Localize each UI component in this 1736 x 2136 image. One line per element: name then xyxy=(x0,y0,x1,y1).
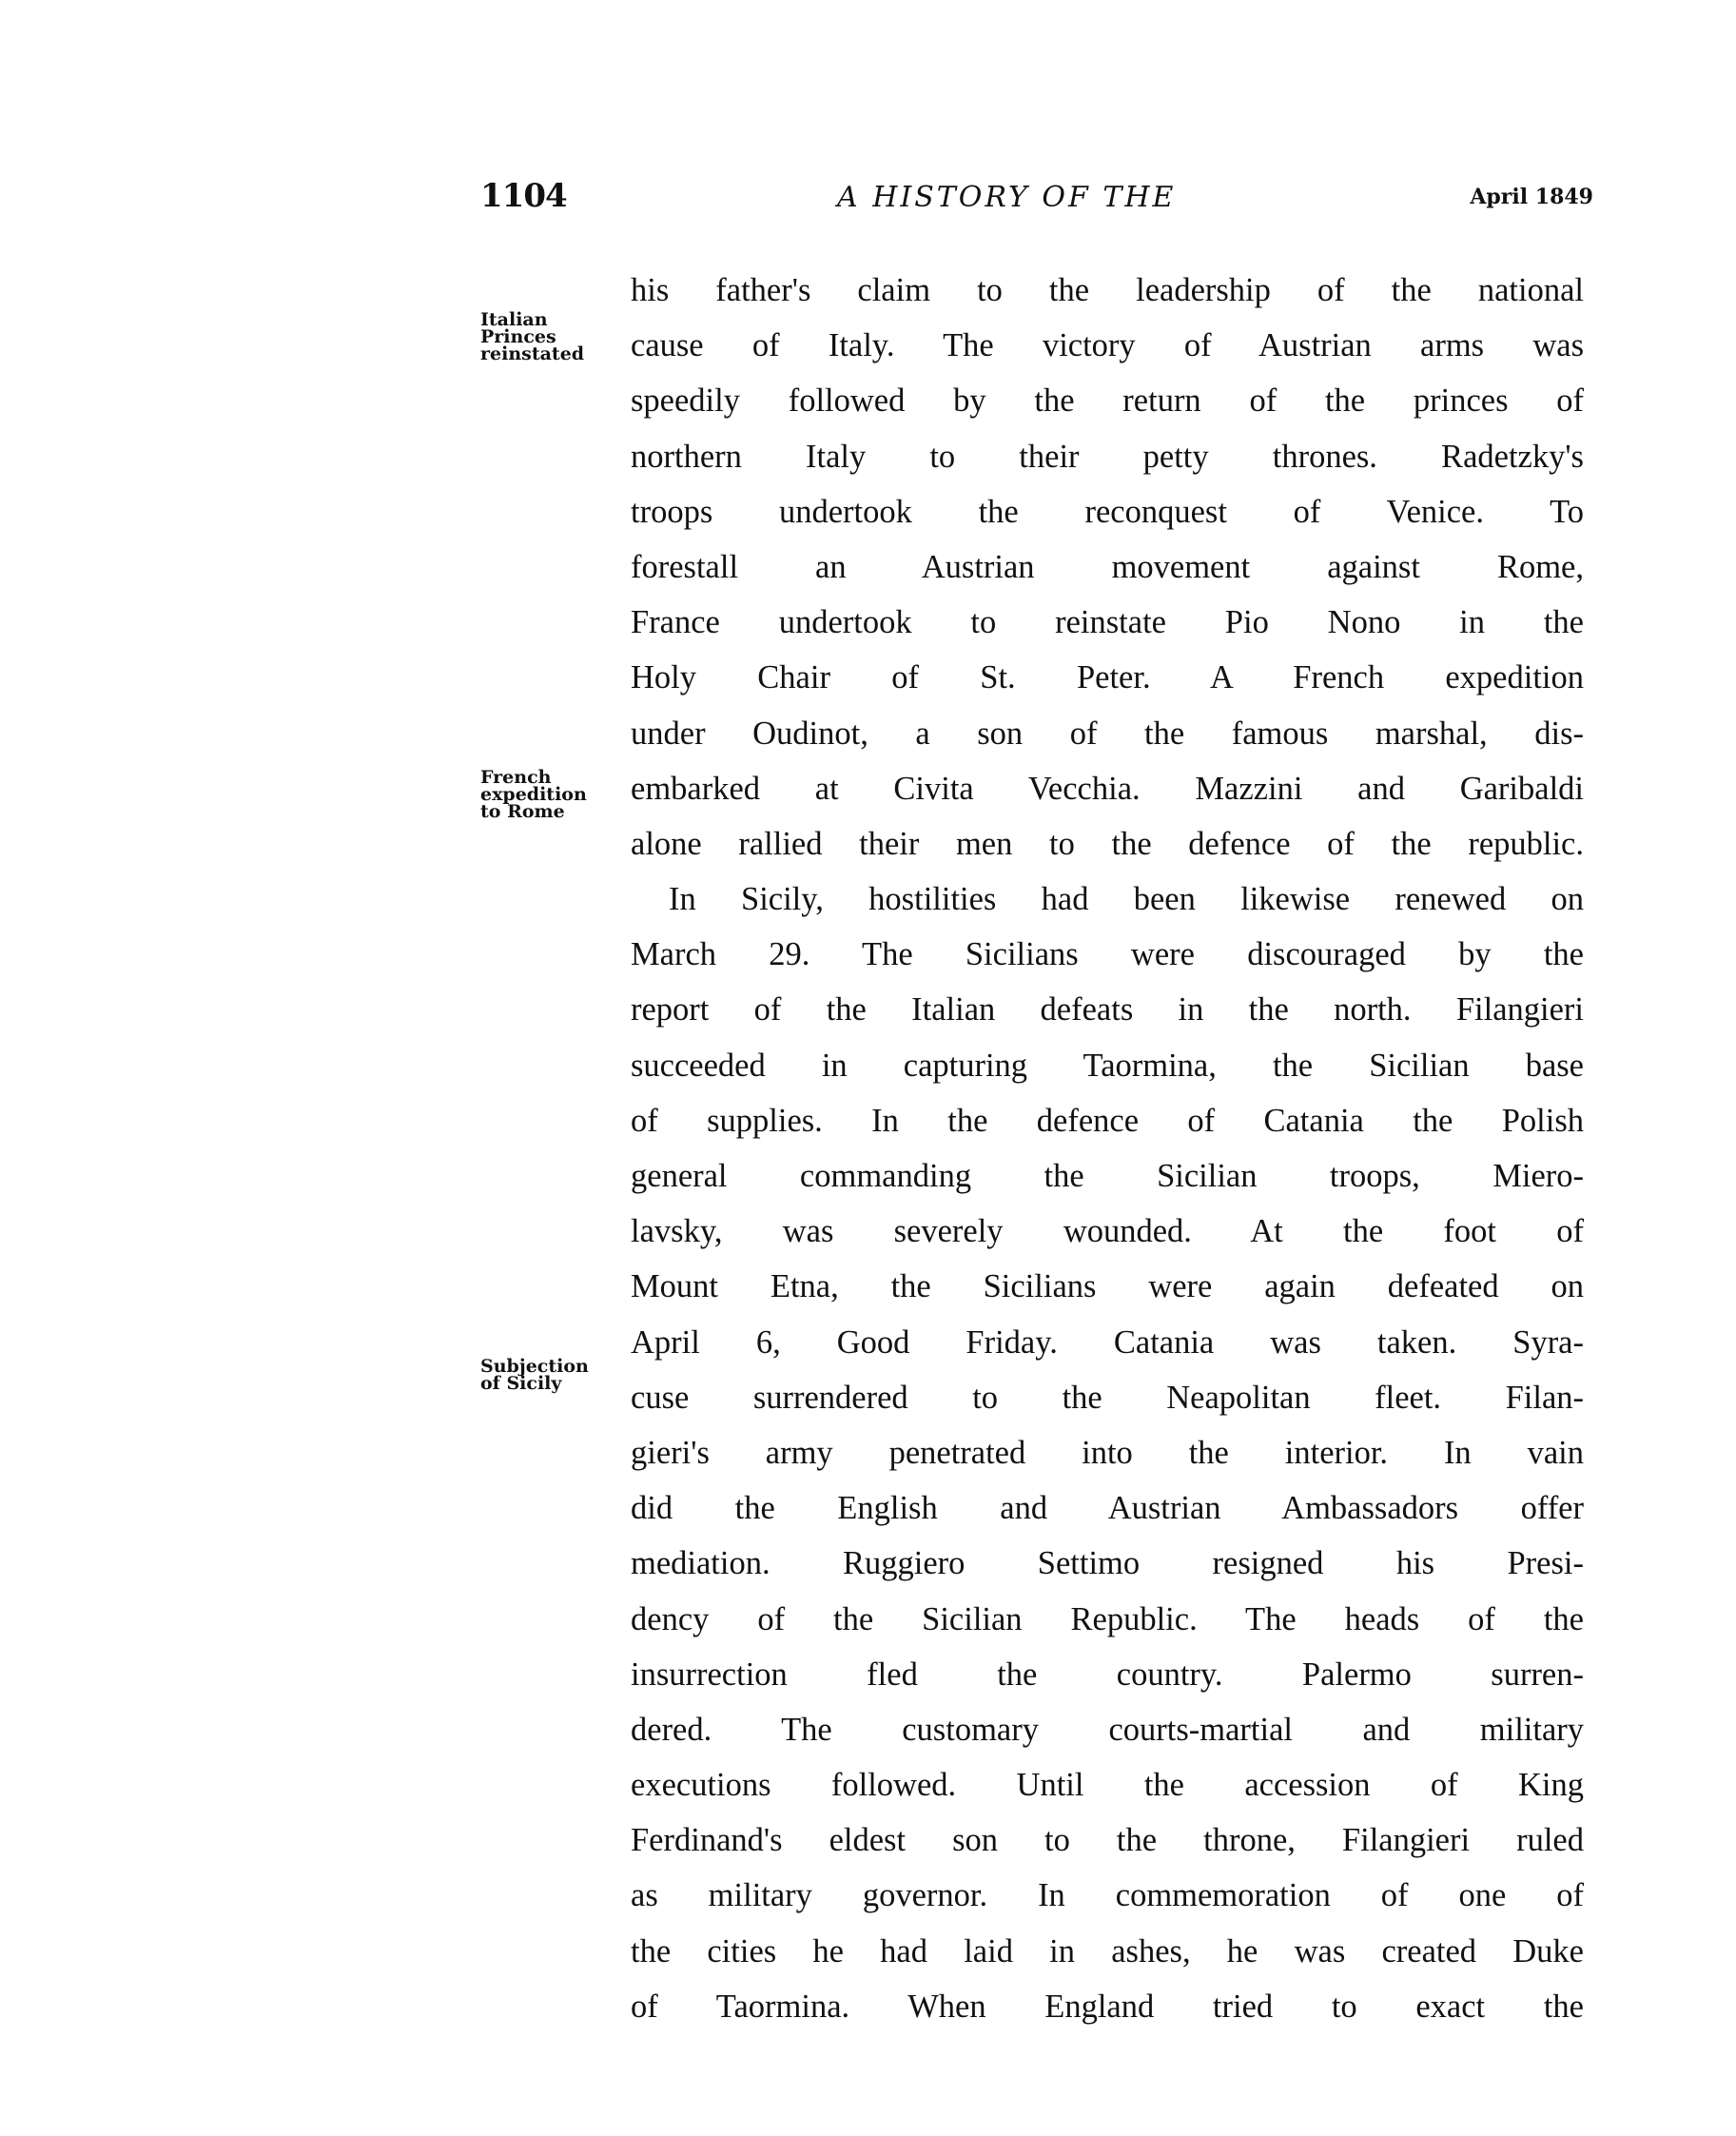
margin-note-italian-princes: Italian Princes reinstated xyxy=(480,311,584,363)
text-line: did the English and Austrian Ambassadors… xyxy=(631,1480,1584,1536)
book-page: 1104 A HISTORY OF THE April 1849 Italian… xyxy=(0,0,1736,2136)
text-line: as military governor. In commemoration o… xyxy=(631,1868,1584,1923)
text-line: dered. The customary courts-martial and … xyxy=(631,1702,1584,1757)
text-line: under Oudinot, a son of the famous marsh… xyxy=(631,706,1584,761)
text-line: forestall an Austrian movement against R… xyxy=(631,539,1584,595)
text-line: of Taormina. When England tried to exact… xyxy=(631,1979,1584,2034)
running-date: April 1849 xyxy=(1470,185,1593,209)
text-line: succeeded in capturing Taormina, the Sic… xyxy=(631,1038,1584,1093)
text-line: the cities he had laid in ashes, he was … xyxy=(631,1924,1584,1979)
text-line: Holy Chair of St. Peter. A French expedi… xyxy=(631,650,1584,705)
text-line: mediation. Ruggiero Settimo resigned his… xyxy=(631,1536,1584,1591)
text-line: his father's claim to the leadership of … xyxy=(631,263,1584,318)
margin-note-french-expedition: French expedition to Rome xyxy=(480,769,587,820)
text-line: Ferdinand's eldest son to the throne, Fi… xyxy=(631,1813,1584,1868)
text-line: speedily followed by the return of the p… xyxy=(631,373,1584,428)
text-line: alone rallied their men to the defence o… xyxy=(631,816,1584,872)
text-line: April 6, Good Friday. Catania was taken.… xyxy=(631,1315,1584,1370)
text-line: northern Italy to their petty thrones. R… xyxy=(631,429,1584,484)
page-header: 1104 A HISTORY OF THE April 1849 xyxy=(480,177,1593,225)
text-line: France undertook to reinstate Pio Nono i… xyxy=(631,595,1584,650)
text-line: lavsky, was severely wounded. At the foo… xyxy=(631,1204,1584,1259)
text-line: cause of Italy. The victory of Austrian … xyxy=(631,318,1584,373)
text-line: insurrection fled the country. Palermo s… xyxy=(631,1647,1584,1702)
text-line: report of the Italian defeats in the nor… xyxy=(631,982,1584,1037)
text-line: Mount Etna, the Sicilians were again def… xyxy=(631,1259,1584,1314)
text-line: dency of the Sicilian Republic. The head… xyxy=(631,1592,1584,1647)
text-line: embarked at Civita Vecchia. Mazzini and … xyxy=(631,761,1584,816)
margin-note-line: to Rome xyxy=(480,803,587,820)
text-line: of supplies. In the defence of Catania t… xyxy=(631,1093,1584,1148)
body-text: his father's claim to the leadership of … xyxy=(631,263,1584,2034)
margin-note-line: of Sicily xyxy=(480,1375,589,1392)
text-line: executions followed. Until the accession… xyxy=(631,1757,1584,1813)
text-line: general commanding the Sicilian troops, … xyxy=(631,1148,1584,1204)
paragraph-start-line: In Sicily, hostilities had been likewise… xyxy=(631,872,1584,927)
page-number: 1104 xyxy=(480,177,567,215)
running-title: A HISTORY OF THE xyxy=(837,181,1176,214)
text-line: cuse surrendered to the Neapolitan fleet… xyxy=(631,1370,1584,1425)
margin-note-line: reinstated xyxy=(480,345,584,363)
margin-note-subjection-sicily: Subjection of Sicily xyxy=(480,1358,589,1392)
text-line: troops undertook the reconquest of Venic… xyxy=(631,484,1584,539)
text-line: gieri's army penetrated into the interio… xyxy=(631,1425,1584,1480)
text-line: March 29. The Sicilians were discouraged… xyxy=(631,927,1584,982)
